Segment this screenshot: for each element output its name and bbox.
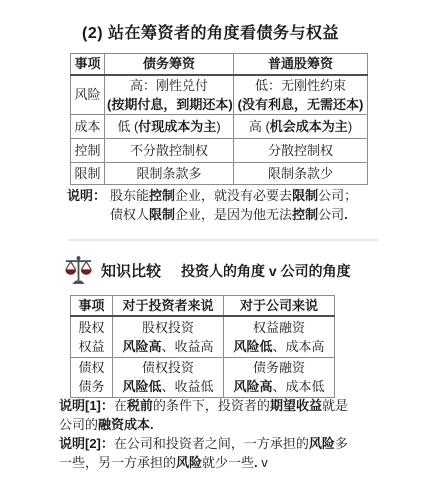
text-run: 高 ( <box>249 119 270 134</box>
note-block: 说明[2]：在公司和投资者之间，一方承担的风险多一些，另一方承担的风险就少一些.… <box>59 434 404 472</box>
emphasis-text: 风险高 <box>122 339 161 354</box>
note-line: 限制条款少 <box>236 164 365 183</box>
table-cell: 股权投资风险高、收益高 <box>113 316 224 357</box>
note-line: 说明[2]：在公司和投资者之间，一方承担的风险多 <box>59 434 404 453</box>
column-header: 事项 <box>71 54 105 75</box>
text-run: 分散控制权 <box>268 143 333 158</box>
text-run: 限制条款多 <box>136 166 201 181</box>
text-run: 债权人 <box>110 207 149 222</box>
table-cell: 高 (机会成本为主) <box>234 114 368 138</box>
note-block: 说明[1]：在税前的条件下，投资者的期望收益就是公司的融资成本. <box>59 396 404 434</box>
table-header-row: 事项债务筹资普通股筹资 <box>71 54 368 75</box>
table-cell: 不分散控制权 <box>105 138 234 162</box>
note-line: 权益 <box>73 337 110 356</box>
table-cell: 低 (付现成本为主) <box>105 114 234 138</box>
note-label: 说明： <box>67 186 106 205</box>
text-run: ) <box>348 119 352 134</box>
emphasis-text: 税前 <box>127 398 153 413</box>
balance-scale-icon <box>63 255 94 286</box>
table-row: 控制不分散控制权分散控制权 <box>71 138 368 162</box>
text-run: 公司的 <box>59 417 98 432</box>
table-cell: 高：刚性兑付(按期付息，到期还本) <box>105 75 234 115</box>
note-line: 风险低、收益低 <box>115 377 221 396</box>
note-line: 高：刚性兑付 <box>107 76 231 95</box>
text-run: 限制条款少 <box>268 166 333 181</box>
investor-company-table: 事项对于投资者来说对于公司来说股权权益股权投资风险高、收益高权益融资风险低、成本… <box>70 295 335 398</box>
table-cell: 分散控制权 <box>234 138 368 162</box>
text-run: 限制 <box>74 166 100 181</box>
text-run: 、成本低 <box>273 379 325 394</box>
section1-note: 说明： 股东能控制企业，就没有必要去限制公司；债权人限制企业，是因为他无法控制公… <box>67 186 357 224</box>
text-run: 低 ( <box>117 119 138 134</box>
emphasis-text: 风险低 <box>122 379 161 394</box>
emphasis-text: 风险高 <box>233 379 272 394</box>
table-row: 风险高：刚性兑付(按期付息，到期还本)低：无刚性约束(没有利息，无需还本) <box>71 75 368 115</box>
table-row: 成本低 (付现成本为主)高 (机会成本为主) <box>71 114 368 138</box>
text-run: 权益 <box>78 339 104 354</box>
column-header: 债务筹资 <box>105 54 234 75</box>
table-cell: 限制条款多 <box>105 162 234 184</box>
row-label: 控制 <box>71 138 105 162</box>
text-run: 在公司和投资者之间，一方承担的 <box>114 436 309 451</box>
financing-comparison-table: 事项债务筹资普通股筹资风险高：刚性兑付(按期付息，到期还本)低：无刚性约束(没有… <box>70 53 368 185</box>
emphasis-text: 控制 <box>149 188 175 203</box>
row-label: 股权权益 <box>71 316 113 357</box>
emphasis-text: (没有利息，无需还本) <box>238 97 364 112</box>
emphasis-text: 限制 <box>292 188 318 203</box>
note-line: 债务融资 <box>226 358 332 377</box>
text-run: 不分散控制权 <box>130 143 208 158</box>
table-cell: 限制条款少 <box>234 162 368 184</box>
note-line: 说明[1]：在税前的条件下，投资者的期望收益就是 <box>59 396 404 415</box>
text-run: 高：刚性兑付 <box>130 78 208 93</box>
text-run: 公司； <box>318 188 357 203</box>
row-label: 风险 <box>71 75 105 115</box>
text-run: 债务 <box>78 379 104 394</box>
emphasis-text: 控制 <box>292 207 318 222</box>
note-line: 不分散控制权 <box>107 141 231 160</box>
text-run: 股权投资 <box>142 320 194 335</box>
note-line: 成本 <box>73 117 102 136</box>
table-row: 股权权益股权投资风险高、收益高权益融资风险低、成本高 <box>71 316 335 357</box>
emphasis-text: 风险 <box>309 436 335 451</box>
section2-header: 知识比较 投资人的角度 v 公司的角度 <box>63 255 351 286</box>
text-run: 公司 <box>318 207 344 222</box>
text-run: v <box>258 455 268 470</box>
emphasis-text: 风险低 <box>233 339 272 354</box>
text-run: 债权投资 <box>142 360 194 375</box>
note-line: 低 (付现成本为主) <box>107 117 231 136</box>
text-run: 多 <box>335 436 348 451</box>
note-line: 债权人限制企业，是因为他无法控制公司. <box>110 205 357 224</box>
text-run: 成本 <box>74 119 100 134</box>
text-run: 低：无刚性约束 <box>255 78 346 93</box>
column-header: 事项 <box>71 296 113 317</box>
text-run: 企业，是因为他无法 <box>175 207 292 222</box>
row-label: 限制 <box>71 162 105 184</box>
section2-subtitle: 投资人的角度 v 公司的角度 <box>181 261 351 281</box>
column-header: 对于投资者来说 <box>113 296 224 317</box>
table-cell: 权益融资风险低、成本高 <box>224 316 335 357</box>
note-line: 风险高、收益高 <box>115 337 221 356</box>
note-line: 股权 <box>73 318 110 337</box>
note-line: 债权投资 <box>115 358 221 377</box>
table-header-row: 事项对于投资者来说对于公司来说 <box>71 296 335 317</box>
text-run: 企业，就没有必要去 <box>175 188 292 203</box>
note-line: 分散控制权 <box>236 141 365 160</box>
text-run: 股权 <box>78 320 104 335</box>
table-row: 债权债务债权投资风险低、收益低债务融资风险高、成本低 <box>71 357 335 397</box>
text-run: 债务融资 <box>253 360 305 375</box>
row-label: 成本 <box>71 114 105 138</box>
note-line: 限制条款多 <box>107 164 231 183</box>
emphasis-text: 限制 <box>149 207 175 222</box>
text-run: 控制 <box>74 143 100 158</box>
note-line: 权益融资 <box>226 318 332 337</box>
note-line: 控制 <box>73 141 102 160</box>
row-label: 债权债务 <box>71 357 113 397</box>
note-line: 债务 <box>73 377 110 396</box>
note-line: 债权 <box>73 358 110 377</box>
note-line: 高 (机会成本为主) <box>236 117 365 136</box>
emphasis-text: 机会成本为主 <box>270 119 348 134</box>
note-line: 风险高、成本低 <box>226 377 332 396</box>
emphasis-text: 融资成本. <box>98 417 154 432</box>
emphasis-text: 说明[1]： <box>59 398 114 413</box>
emphasis-text: 期望收益 <box>270 398 322 413</box>
table-cell: 债务融资风险高、成本低 <box>224 357 335 397</box>
note-line: 低：无刚性约束 <box>236 76 365 95</box>
section2-notes: 说明[1]：在税前的条件下，投资者的期望收益就是公司的融资成本.说明[2]：在公… <box>59 396 404 472</box>
emphasis-text: 付现成本为主 <box>138 119 216 134</box>
text-run: 、收益低 <box>162 379 214 394</box>
note-line: 一些，另一方承担的风险就少一些. v <box>59 453 404 472</box>
text-run: 风险 <box>74 87 100 102</box>
note-line: 股东能控制企业，就没有必要去限制公司； <box>110 186 357 205</box>
text-run: 、收益高 <box>162 339 214 354</box>
text-run: 、成本高 <box>273 339 325 354</box>
emphasis-text: (按期付息，到期还本) <box>107 97 233 112</box>
column-header: 对于公司来说 <box>224 296 335 317</box>
text-run: 就少一些 <box>202 455 254 470</box>
note-line: 风险 <box>73 85 102 104</box>
table-cell: 低：无刚性约束(没有利息，无需还本) <box>234 75 368 115</box>
table-cell: 债权投资风险低、收益低 <box>113 357 224 397</box>
text-run: 在 <box>114 398 127 413</box>
note-line: 股权投资 <box>115 318 221 337</box>
section1-title: (2) 站在筹资者的角度看债务与权益 <box>82 20 339 43</box>
text-run: ) <box>216 119 220 134</box>
emphasis-text: 说明[2]： <box>59 436 114 451</box>
text-run: 权益融资 <box>253 320 305 335</box>
text-run: 一些，另一方承担的 <box>59 455 176 470</box>
section-divider <box>68 239 378 241</box>
note-line: 风险低、成本高 <box>226 337 332 356</box>
note-line: 限制 <box>73 164 102 183</box>
text-run: 债权 <box>78 360 104 375</box>
note-line: (没有利息，无需还本) <box>236 95 365 114</box>
emphasis-text: . <box>344 207 348 222</box>
emphasis-text: 风险 <box>176 455 202 470</box>
text-run: 股东能 <box>110 188 149 203</box>
text-run: 就是 <box>322 398 348 413</box>
lecture-slide: (2) 站在筹资者的角度看债务与权益 事项债务筹资普通股筹资风险高：刚性兑付(按… <box>0 0 444 485</box>
text-run: 的条件下，投资者的 <box>153 398 270 413</box>
note-line: 公司的融资成本. <box>59 415 404 434</box>
table-row: 限制限制条款多限制条款少 <box>71 162 368 184</box>
note-body: 股东能控制企业，就没有必要去限制公司；债权人限制企业，是因为他无法控制公司. <box>110 186 357 224</box>
column-header: 普通股筹资 <box>234 54 368 75</box>
knowledge-comparison-label: 知识比较 <box>101 260 161 281</box>
note-line: (按期付息，到期还本) <box>107 95 231 114</box>
